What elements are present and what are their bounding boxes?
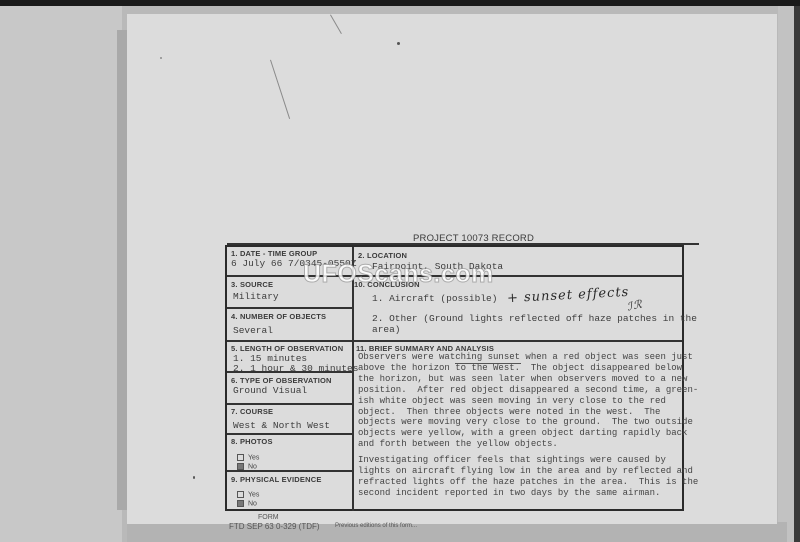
course-label: 7. COURSE xyxy=(231,407,273,416)
evidence-no-checkbox[interactable]: No xyxy=(237,500,257,507)
source-label: 3. SOURCE xyxy=(231,280,273,289)
number-of-objects-label: 4. NUMBER OF OBJECTS xyxy=(231,312,326,321)
divider xyxy=(227,243,699,245)
summary-paragraph-1: Observers were watching sunset when a re… xyxy=(358,352,698,450)
paper-shadow xyxy=(117,30,127,510)
form-number: FTD SEP 63 0-329 (TDF) xyxy=(229,522,320,531)
conclusion-item-2-cont: area) xyxy=(372,324,401,335)
summary-paragraph-2: Investigating officer feels that sightin… xyxy=(358,455,698,499)
length-of-observation-label: 5. LENGTH OF OBSERVATION xyxy=(231,344,343,353)
paper-speck xyxy=(397,42,400,45)
photos-yes-checkbox[interactable]: Yes xyxy=(237,454,259,461)
location-label: 2. LOCATION xyxy=(358,251,407,260)
handwritten-note: + sunset effects xyxy=(507,285,630,306)
underline xyxy=(455,363,521,364)
form-note: Previous editions of this form... xyxy=(335,523,417,529)
checked-box-icon xyxy=(237,463,244,470)
divider xyxy=(227,403,352,405)
paper-speck xyxy=(193,476,195,479)
photos-label: 8. PHOTOS xyxy=(231,437,273,446)
divider xyxy=(227,433,352,435)
scan-background-left xyxy=(0,6,122,542)
checkbox-icon xyxy=(237,454,244,461)
checked-box-icon xyxy=(237,500,244,507)
conclusion-item-2: 2. Other (Ground lights reflected off ha… xyxy=(372,313,697,324)
handwritten-initials: ℐℛ xyxy=(626,297,644,313)
physical-evidence-label: 9. PHYSICAL EVIDENCE xyxy=(231,475,322,484)
watermark: UFOScans.com xyxy=(303,260,494,289)
type-of-observation-label: 6. TYPE OF OBSERVATION xyxy=(231,376,332,385)
evidence-yes-checkbox[interactable]: Yes xyxy=(237,491,259,498)
type-of-observation-value: Ground Visual xyxy=(233,385,307,396)
divider xyxy=(227,307,352,309)
source-value: Military xyxy=(233,291,279,302)
number-of-objects-value: Several xyxy=(233,325,273,336)
length-value-2: 2. 1 hour & 30 minutes xyxy=(233,363,358,374)
checkbox-icon xyxy=(237,491,244,498)
scan-right-edge xyxy=(794,6,800,542)
conclusion-item-1: 1. Aircraft (possible) xyxy=(372,293,497,304)
date-time-label: 1. DATE - TIME GROUP xyxy=(231,249,317,258)
photos-no-checkbox[interactable]: No xyxy=(237,463,257,470)
scan-bottom-edge xyxy=(127,522,787,542)
divider xyxy=(227,340,682,342)
form-label: FORM xyxy=(258,514,279,521)
paper-speck xyxy=(160,57,162,59)
course-value: West & North West xyxy=(233,420,330,431)
